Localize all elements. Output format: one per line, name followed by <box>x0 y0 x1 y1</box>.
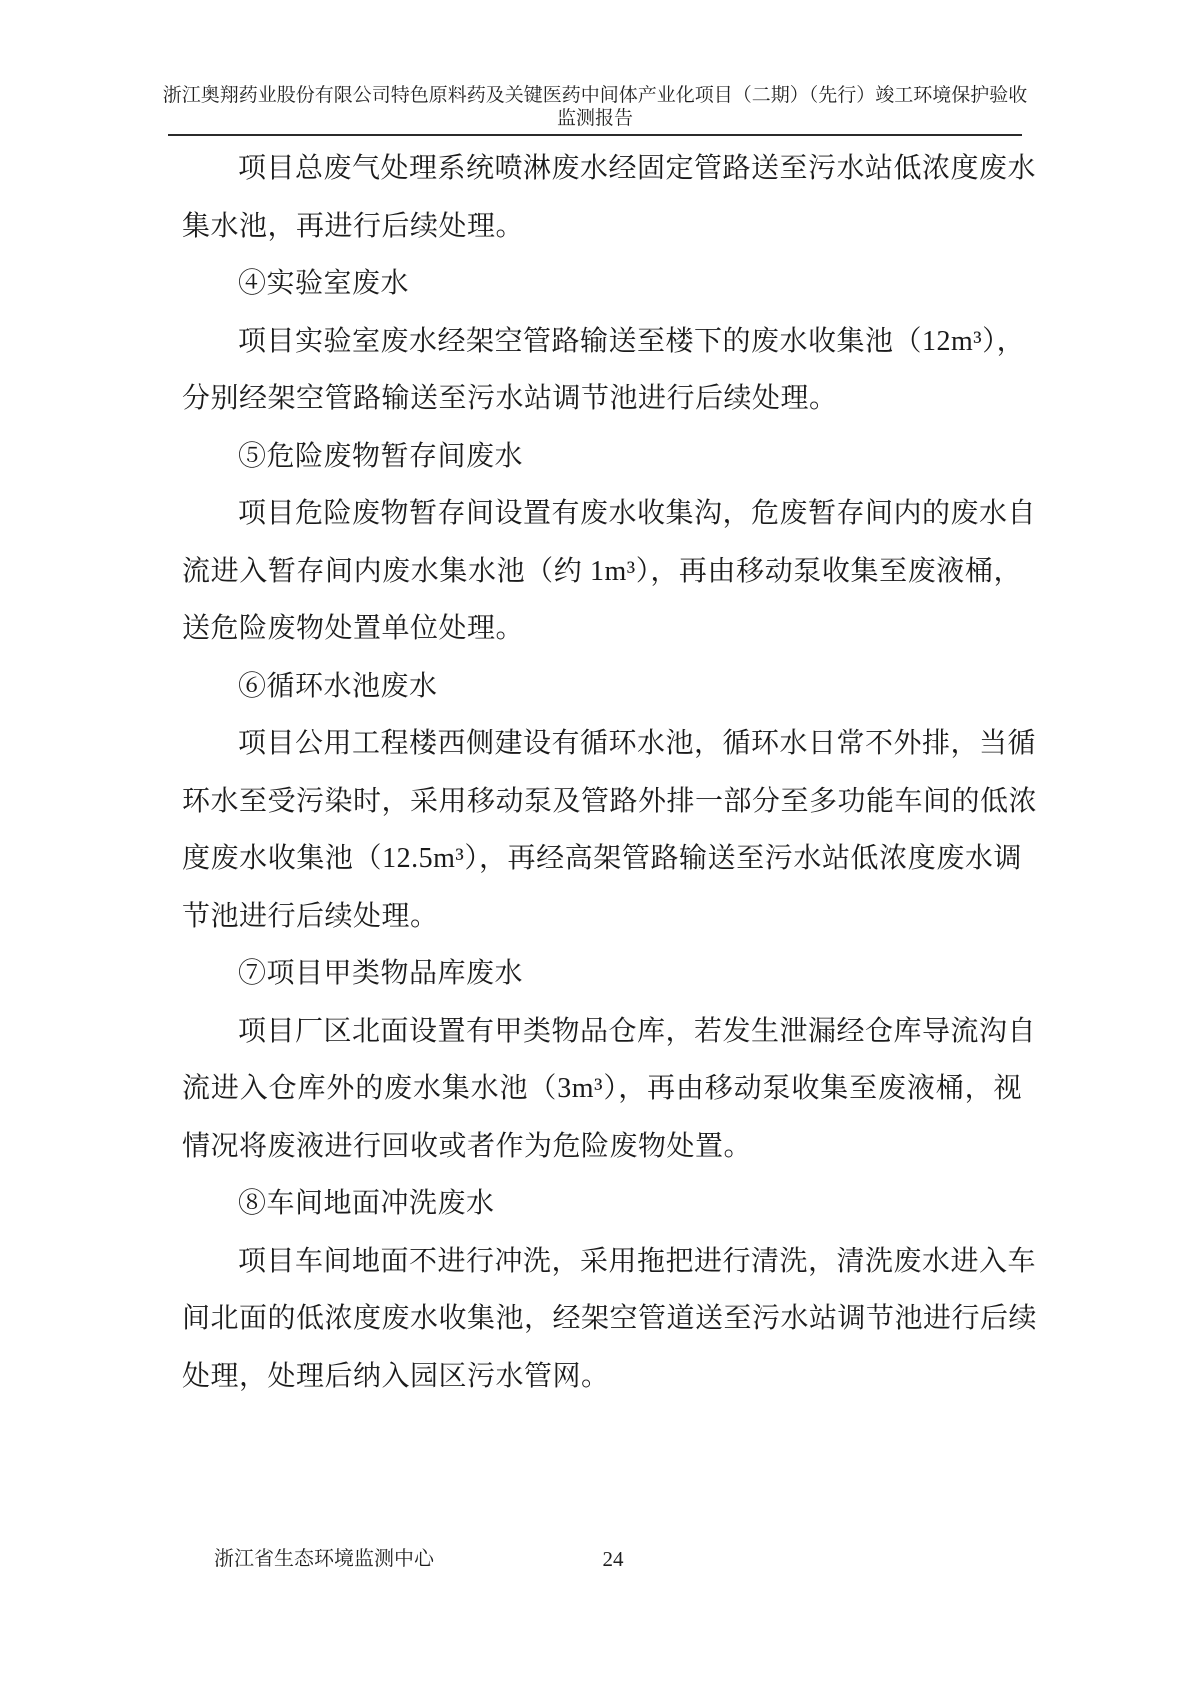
header-title-line1: 浙江奥翔药业股份有限公司特色原料药及关键医药中间体产业化项目（二期）（先行）竣工… <box>150 84 1040 107</box>
body-line: 处理，处理后纳入园区污水管网。 <box>182 1348 1022 1406</box>
footer-page-number: 24 <box>168 1545 1058 1573</box>
header-title-line2: 监测报告 <box>150 107 1040 130</box>
body-line: 项目公用工程楼西侧建设有循环水池，循环水日常不外排，当循 <box>182 715 1022 773</box>
document-page: 浙江奥翔药业股份有限公司特色原料药及关键医药中间体产业化项目（二期）（先行）竣工… <box>0 0 1190 1683</box>
body-content: 项目总废气处理系统喷淋废水经固定管路送至污水站低浓度废水集水池，再进行后续处理。… <box>182 140 1022 1405</box>
body-line: 节池进行后续处理。 <box>182 888 1022 946</box>
body-line: 流进入仓库外的废水集水池（3m³），再由移动泵收集至废液桶，视 <box>182 1060 1022 1118</box>
body-line: 集水池，再进行后续处理。 <box>182 198 1022 256</box>
body-line: 流进入暂存间内废水集水池（约 1m³），再由移动泵收集至废液桶， <box>182 543 1022 601</box>
body-line: 项目厂区北面设置有甲类物品仓库，若发生泄漏经仓库导流沟自 <box>182 1003 1022 1061</box>
body-line: 项目危险废物暂存间设置有废水收集沟，危废暂存间内的废水自 <box>182 485 1022 543</box>
body-line: 度废水收集池（12.5m³），再经高架管路输送至污水站低浓度废水调 <box>182 830 1022 888</box>
section-heading: ⑤危险废物暂存间废水 <box>182 428 1022 486</box>
section-heading: ⑦项目甲类物品库废水 <box>182 945 1022 1003</box>
body-line: 项目总废气处理系统喷淋废水经固定管路送至污水站低浓度废水 <box>182 140 1022 198</box>
section-heading: ⑥循环水池废水 <box>182 658 1022 716</box>
body-line: 项目实验室废水经架空管路输送至楼下的废水收集池（12m³）， <box>182 313 1022 371</box>
section-heading: ④实验室废水 <box>182 255 1022 313</box>
page-header: 浙江奥翔药业股份有限公司特色原料药及关键医药中间体产业化项目（二期）（先行）竣工… <box>150 84 1040 130</box>
body-line: 项目车间地面不进行冲洗，采用拖把进行清洗，清洗废水进入车 <box>182 1233 1022 1291</box>
body-line: 分别经架空管路输送至污水站调节池进行后续处理。 <box>182 370 1022 428</box>
body-line: 环水至受污染时，采用移动泵及管路外排一部分至多功能车间的低浓 <box>182 773 1022 831</box>
body-line: 情况将废液进行回收或者作为危险废物处置。 <box>182 1118 1022 1176</box>
header-divider <box>168 134 1022 136</box>
section-heading: ⑧车间地面冲洗废水 <box>182 1175 1022 1233</box>
body-line: 间北面的低浓度废水收集池，经架空管道送至污水站调节池进行后续 <box>182 1290 1022 1348</box>
body-line: 送危险废物处置单位处理。 <box>182 600 1022 658</box>
